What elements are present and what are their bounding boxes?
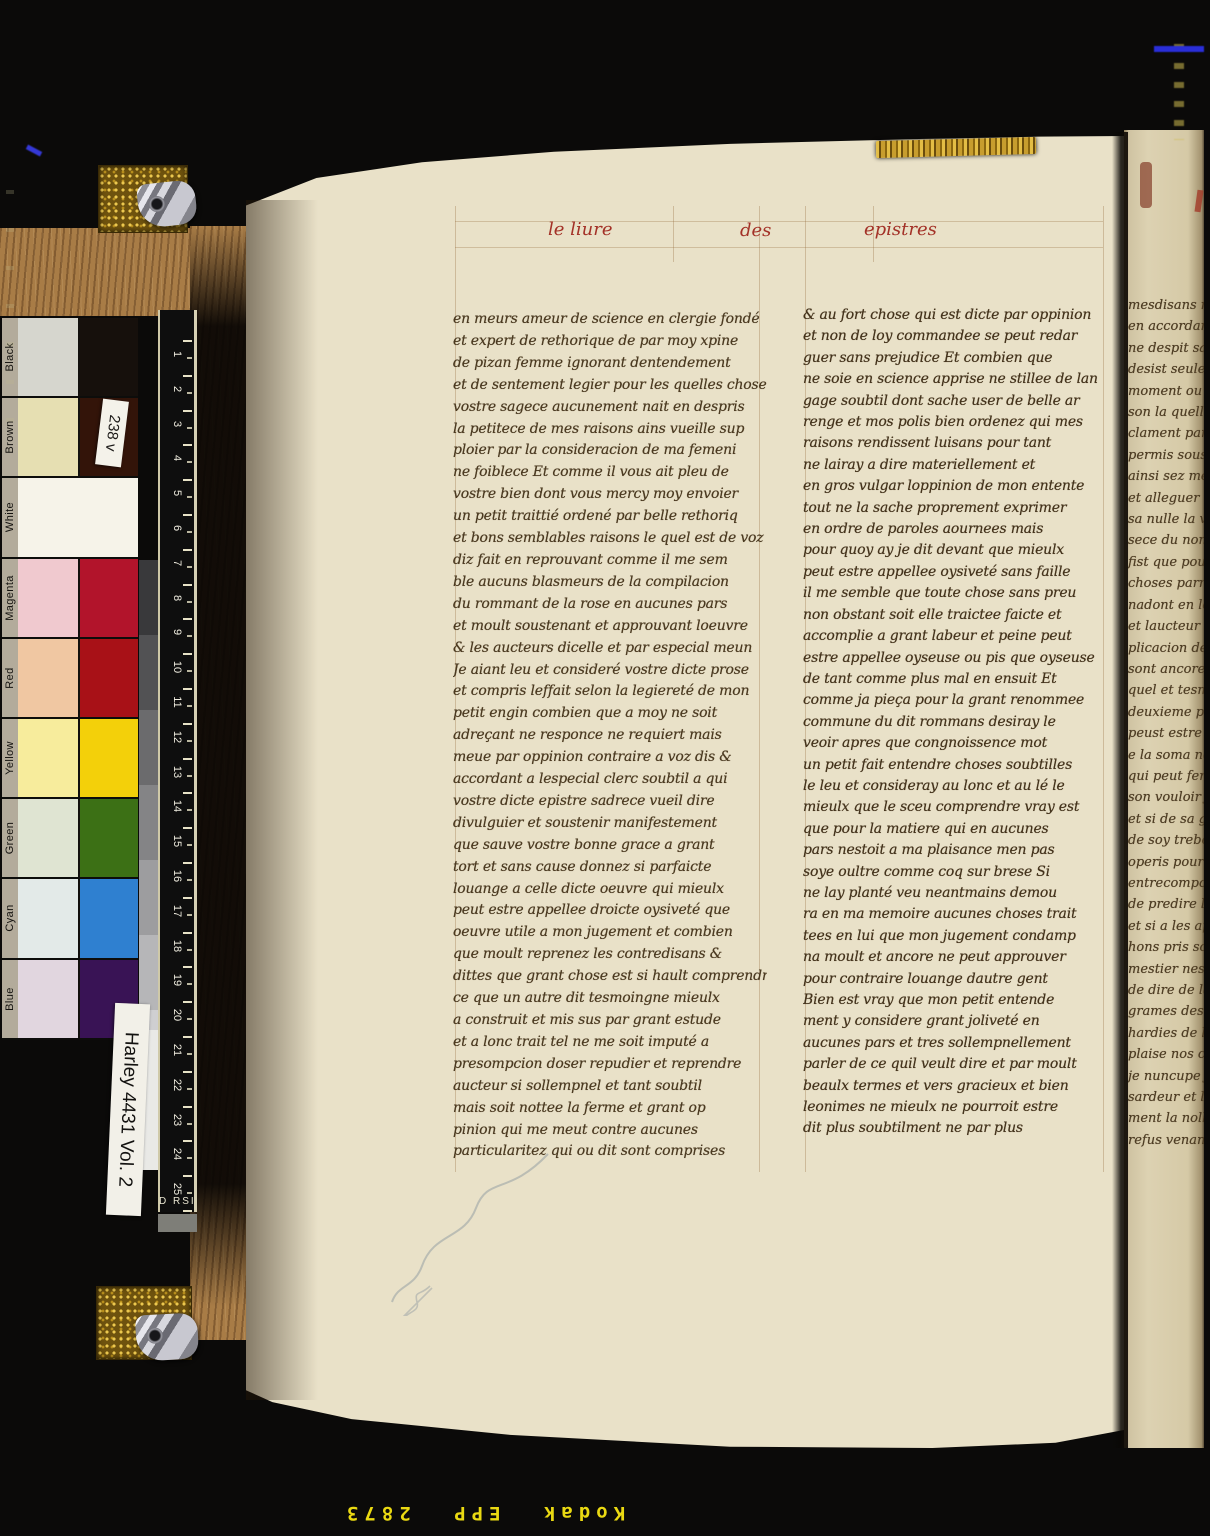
color-chart-row: Cyan — [2, 879, 138, 959]
facing-text-fragment: sont ancore nou — [1128, 659, 1204, 680]
ruler-number: 10 — [171, 659, 183, 675]
manuscript-text-line: et de sentement legier pour les quelles … — [453, 375, 767, 397]
facing-text-fragment: et laucteur les — [1128, 616, 1204, 637]
ruler-number: 14 — [171, 798, 183, 814]
centimeter-ruler: 1234567891011121314151617181920212223242… — [158, 310, 197, 1212]
ruler-tick — [183, 1140, 192, 1142]
film-edge-markings-right — [1174, 44, 1184, 140]
film-edge-markings-left — [6, 190, 14, 426]
facing-text-fragment: son vouloir je — [1128, 787, 1204, 808]
color-patch-pale — [18, 960, 78, 1038]
pen-flourish — [338, 1146, 558, 1316]
ruler-tick — [183, 444, 192, 446]
text-column-left: en meurs ameur de science en clergie fon… — [453, 300, 767, 1181]
color-patch-saturated — [78, 318, 138, 396]
running-header-word: le liure — [548, 219, 613, 240]
facing-text-fragment: permis sousten — [1128, 445, 1204, 466]
facing-text-fragment: nadont en leffa — [1128, 595, 1204, 616]
manuscript-text-line: vostre bien dont vous mercy moy envoier — [453, 484, 767, 506]
color-chart-row: Black — [2, 318, 138, 398]
ruler-tick-minor — [187, 357, 192, 359]
ruler-number: 3 — [171, 416, 183, 432]
color-patch-pale — [18, 719, 78, 797]
color-chart-label: Blue — [2, 960, 18, 1038]
manuscript-text-line: comme ja pieça pour la grant renommee — [803, 690, 1109, 711]
ruler-tick — [183, 932, 192, 934]
facing-text-fragment: desist seulemen — [1128, 359, 1204, 380]
running-header-word: des — [740, 220, 771, 241]
manuscript-text-line: louange a celle dicte oeuvre qui mieulx — [453, 879, 767, 901]
ruler-tick — [183, 1210, 192, 1212]
ruler-tick — [183, 862, 192, 864]
ruler-tick-minor — [187, 1192, 192, 1194]
running-header-word: epistres — [864, 219, 937, 240]
manuscript-text-line: diz fait en reprouvant comme il me sem — [453, 550, 767, 572]
manuscript-text-line: mais soit nottee la ferme et grant op — [453, 1098, 767, 1120]
facing-text-fragment: entrecomposez — [1128, 873, 1204, 894]
color-chart-label: Green — [2, 799, 18, 877]
manuscript-text-line: et compris leffait selon la legiereté de… — [453, 681, 767, 703]
wooden-board-spine — [190, 226, 248, 1340]
manuscript-text-line: presompcion doser repudier et reprendre — [453, 1054, 767, 1076]
manuscript-text-line: na moult et ancore ne peut approuver — [803, 947, 1109, 968]
facing-text-fragment: et si de sa gre — [1128, 809, 1204, 830]
manuscript-text-line: Je aiant leu et consideré vostre dicte p… — [453, 660, 767, 682]
manuscript-text-line: ne lay planté veu neantmains demou — [803, 883, 1109, 904]
manuscript-text-line: pinion qui me meut contre aucunes — [453, 1120, 767, 1142]
ruler-tick — [183, 827, 192, 829]
ruler-tick-minor — [187, 566, 192, 568]
ruler-tick — [183, 966, 192, 968]
manuscript-text-line: que moult reprenez les contredisans & — [453, 944, 767, 966]
ruler-tick-minor — [187, 635, 192, 637]
ruling-line-vertical-short — [673, 206, 674, 262]
ruler-number: 13 — [171, 764, 183, 780]
manuscript-text-line: accomplie a grant labeur et peine peut — [803, 626, 1109, 647]
color-chart-label: White — [2, 478, 18, 556]
facing-text-fragment: e la soma nom — [1128, 745, 1204, 766]
color-patch-saturated — [78, 799, 138, 877]
facing-text-fragment: refus venant les — [1128, 1130, 1204, 1151]
facing-text-fragment: ment la nolle de — [1128, 1108, 1204, 1129]
manuscript-text-line: et non de loy commandee se peut redar — [803, 326, 1109, 347]
manuscript-text-line: en meurs ameur de science en clergie fon… — [453, 309, 767, 331]
manuscript-text-line: gage soubtil dont sache user de belle ar — [803, 391, 1109, 412]
ruler-tick-minor — [187, 1157, 192, 1159]
manuscript-text-line: beaulx termes et vers gracieux et bien — [803, 1076, 1109, 1097]
ruler-tick — [183, 618, 192, 620]
metal-clip-bottom — [135, 1312, 199, 1361]
ruler-tick-minor — [187, 531, 192, 533]
ruler-tick — [183, 723, 192, 725]
manuscript-text-line: aucteur si sollempnel et tant soubtil — [453, 1076, 767, 1098]
manuscript-text-line: non obstant soit elle traictee faicte et — [803, 605, 1109, 626]
ruler-number: 21 — [171, 1042, 183, 1058]
facing-text-fragment: fist que pour ma — [1128, 552, 1204, 573]
manuscript-text-line: ne foiblece Et comme il vous ait pleu de — [453, 462, 767, 484]
film-edge-blue-mark-right — [1154, 46, 1204, 52]
ruler-number: 22 — [171, 1077, 183, 1093]
manuscript-text-line: le leu et consideray au lonc et au lé le — [803, 776, 1109, 797]
facing-text-fragment: clament par — [1128, 423, 1204, 444]
color-patch-pale — [18, 639, 78, 717]
manuscript-text-line: en gros vulgar loppinion de mon entente — [803, 476, 1109, 497]
manuscript-text-line: du rommant de la rose en aucunes pars — [453, 594, 767, 616]
manuscript-text-line: ne lairay a dire materiellement et — [803, 455, 1109, 476]
ruler-number: 15 — [171, 833, 183, 849]
manuscript-text-line: que sauve vostre bonne grace a grant — [453, 835, 767, 857]
gutter-shadow — [246, 200, 318, 1400]
manuscript-text-line: leonimes ne mieulx ne pourroit estre — [803, 1097, 1109, 1118]
ruler-tick-minor — [187, 949, 192, 951]
ruling-line-horizontal — [455, 247, 1103, 248]
ruler-tick-minor — [187, 1053, 192, 1055]
ruler-tick — [183, 688, 192, 690]
facing-text-fragment: et alleguer que — [1128, 488, 1204, 509]
ruler-tick-minor — [187, 705, 192, 707]
manuscript-text-line: divulguier et soustenir manifestement — [453, 813, 767, 835]
facing-text-fragment: mestier nest mi — [1128, 959, 1204, 980]
facing-text-fragment: sa nulle la vert — [1128, 509, 1204, 530]
kodak-film-edge-text: Kodak EPP 2873 — [330, 1490, 636, 1524]
ruler-tick — [183, 375, 192, 377]
facing-text-fragment: operis pour lim — [1128, 852, 1204, 873]
manuscript-text-line: guer sans prejudice Et combien que — [803, 348, 1109, 369]
manuscript-text-line: vostre sagece aucunement nait en despris — [453, 397, 767, 419]
facing-text-fragment: de soy trebel le — [1128, 830, 1204, 851]
ruler-tick — [183, 1175, 192, 1177]
manuscript-text-line: de tant comme plus mal en ensuit Et — [803, 669, 1109, 690]
manuscript-text-line: Bien est vray que mon petit entende — [803, 990, 1109, 1011]
ruler-number: 6 — [171, 520, 183, 536]
facing-text-fragment: ainsi sez mesfai — [1128, 466, 1204, 487]
ruler-number: 17 — [171, 903, 183, 919]
color-chart-label: Cyan — [2, 879, 18, 957]
manuscript-text-line: ploier par la consideracion de ma femeni — [453, 440, 767, 462]
facing-text-fragment: de dire de la g — [1128, 980, 1204, 1001]
manuscript-text-line: pour quoy ay je dit devant que mieulx — [803, 540, 1109, 561]
ruler-number: 23 — [171, 1112, 183, 1128]
ruler-tick — [183, 792, 192, 794]
facing-text-fragment: ne despit sans fa — [1128, 338, 1204, 359]
facing-text-fragment: grames des dit — [1128, 1001, 1204, 1022]
facing-text-fragment: je nuncupe je di — [1128, 1066, 1204, 1087]
facing-text-fragment: plicacion de pec — [1128, 638, 1204, 659]
manuscript-text-line: ment y considere grant joliveté en — [803, 1011, 1109, 1032]
ruler-tick — [183, 340, 192, 342]
manuscript-text-line: accordant a lespecial clerc soubtil a qu… — [453, 769, 767, 791]
manuscript-text-line: parler de ce quil veult dire et par moul… — [803, 1054, 1109, 1075]
facing-text-fragment: et si a les appel — [1128, 916, 1204, 937]
ruler-number: 12 — [171, 729, 183, 745]
manuscript-text-line: que pour la matiere qui en aucunes — [803, 819, 1109, 840]
ruler-tick — [183, 514, 192, 516]
ruler-tick — [183, 1071, 192, 1073]
ruler-tick — [183, 1036, 192, 1038]
ruler-number: 25 — [171, 1181, 183, 1197]
ruler-tick — [183, 1106, 192, 1108]
color-patch-saturated — [78, 879, 138, 957]
color-patch-pale — [18, 799, 78, 877]
facing-text-fragment: peust estre luci — [1128, 723, 1204, 744]
color-patch-pale — [18, 559, 78, 637]
manuscript-text-line: tees en lui que mon jugement condamp — [803, 926, 1109, 947]
facing-text-fragment: de predire les le — [1128, 894, 1204, 915]
facing-text-fragment: son la quelle vie — [1128, 402, 1204, 423]
ruler-tick-minor — [187, 775, 192, 777]
manuscript-text-line: vostre dicte epistre sadrece vueil dire — [453, 791, 767, 813]
manuscript-text-line: en ordre de paroles aournees mais — [803, 519, 1109, 540]
binding-gap-detail — [1140, 162, 1152, 208]
ruler-number: 1 — [171, 346, 183, 362]
manuscript-text-line: aucunes pars et tres sollempnellement — [803, 1033, 1109, 1054]
photograph-stage: BlackBrownWhiteMagentaRedYellowGreenCyan… — [0, 0, 1210, 1536]
ruler-number: 11 — [171, 694, 183, 710]
manuscript-text-line: ble aucuns blasmeurs de la compilacion — [453, 572, 767, 594]
color-chart-label: Magenta — [2, 559, 18, 637]
color-chart-row: Magenta — [2, 559, 138, 639]
color-chart-label: Red — [2, 639, 18, 717]
facing-page-text-fragments: mesdisans nulsen accordant a lone despit… — [1128, 295, 1204, 1153]
ruler-tick-minor — [187, 427, 192, 429]
ruler-tick-minor — [187, 983, 192, 985]
ruler-number: 5 — [171, 485, 183, 501]
ruler-number: 19 — [171, 972, 183, 988]
ruler-tick — [183, 410, 192, 412]
manuscript-text-line: pour contraire louange dautre gent — [803, 969, 1109, 990]
facing-text-fragment: qui peut fere pr — [1128, 766, 1204, 787]
facing-text-fragment: sece du nom et — [1128, 530, 1204, 551]
text-column-right: & au fort chose qui est dicte par oppini… — [803, 294, 1109, 1165]
facing-text-fragment: mesdisans nuls — [1128, 295, 1204, 316]
color-patch-pale — [18, 478, 78, 556]
manuscript-text-line: soye oultre comme coq sur brese Si — [803, 862, 1109, 883]
manuscript-text-line: tout ne la sache proprement exprimer — [803, 498, 1109, 519]
color-patch-saturated — [78, 559, 138, 637]
ruler-tick-minor — [187, 1018, 192, 1020]
color-chart-row: Green — [2, 799, 138, 879]
manuscript-text-line: dit plus soubtilment ne par plus — [803, 1118, 1109, 1139]
manuscript-text-line: tort et sans cause donnez si parfaicte — [453, 857, 767, 879]
color-patch-pale — [18, 318, 78, 396]
facing-text-fragment: en accordant a lo — [1128, 316, 1204, 337]
color-patch-pale — [18, 879, 78, 957]
ruler-tick-minor — [187, 496, 192, 498]
ruler-tick — [183, 653, 192, 655]
ruler-tick — [183, 479, 192, 481]
manuscript-text-line: ra en ma memoire aucunes choses trait — [803, 904, 1109, 925]
color-patch-saturated — [78, 719, 138, 797]
facing-text-fragment: hardies de le do — [1128, 1023, 1204, 1044]
ruler-tick-minor — [187, 1123, 192, 1125]
manuscript-text-line: dittes que grant chose est si hault comp… — [453, 966, 767, 988]
color-patch-pale — [18, 398, 78, 476]
color-patch-saturated — [78, 478, 138, 556]
ruler-number: 7 — [171, 555, 183, 571]
color-chart-row: Red — [2, 639, 138, 719]
facing-text-fragment: choses parre et — [1128, 573, 1204, 594]
manuscript-text-line: il me semble que toute chose sans preu — [803, 583, 1109, 604]
manuscript-text-line: un petit traittié ordené par belle retho… — [453, 506, 767, 528]
manuscript-text-line: estre appellee oyseuse ou pis que oyseus… — [803, 648, 1109, 669]
manuscript-text-line: a construit et mis sus par grant estude — [453, 1010, 767, 1032]
ruler-number: 16 — [171, 868, 183, 884]
manuscript-text-line: oeuvre utile a mon jugement et combien — [453, 922, 767, 944]
ruler-tick-minor — [187, 670, 192, 672]
manuscript-text-line: et expert de rethorique de par moy xpine — [453, 331, 767, 353]
ruler-tick — [183, 758, 192, 760]
color-chart-label: Yellow — [2, 719, 18, 797]
facing-text-fragment: deuxieme par co — [1128, 702, 1204, 723]
ruler-tick-minor — [187, 914, 192, 916]
manuscript-text-line: de pizan femme ignorant dentendement — [453, 353, 767, 375]
ruler-number: 9 — [171, 624, 183, 640]
manuscript-text-line: commune du dit rommans desiray le — [803, 712, 1109, 733]
manuscript-text-line: raisons rendissent luisans pour tant — [803, 433, 1109, 454]
film-edge-blue-mark-left — [26, 145, 42, 157]
facing-text-fragment: quel et tesmoin — [1128, 680, 1204, 701]
facing-text-fragment: hons pris soient — [1128, 937, 1204, 958]
ruler-tick — [183, 549, 192, 551]
manuscript-text-line: et moult soustenant et approuvant loeuvr… — [453, 616, 767, 638]
ruler-number: 20 — [171, 1007, 183, 1023]
manuscript-text-line: et bons semblables raisons le quel est d… — [453, 528, 767, 550]
color-chart-row: Yellow — [2, 719, 138, 799]
ruler-number: 24 — [171, 1146, 183, 1162]
page-gutter-gap — [1112, 132, 1128, 1448]
facing-text-fragment: sardeur et la bo — [1128, 1087, 1204, 1108]
manuscript-text-line: veoir apres que congnoissence mot — [803, 733, 1109, 754]
manuscript-text-line: adreçant ne responce ne requiert mais — [453, 725, 767, 747]
manuscript-text-line: mieulx que le sceu comprendre vray est — [803, 797, 1109, 818]
wooden-board-top — [0, 228, 198, 316]
facing-text-fragment: moment ou perso — [1128, 381, 1204, 402]
ruler-tick-minor — [187, 601, 192, 603]
ruler-footer-text: D RSI — [159, 1196, 196, 1207]
ruler-tick-minor — [187, 844, 192, 846]
ruler-tick-minor — [187, 740, 192, 742]
manuscript-text-line: la petitece de mes raisons ains vueille … — [453, 419, 767, 441]
manuscript-text-line: peut estre appellee droicte oysiveté que — [453, 900, 767, 922]
ruler-number: 8 — [171, 590, 183, 606]
manuscript-text-line: meue par oppinion contraire a voz dis & — [453, 747, 767, 769]
manuscript-text-line: ne soie en science apprise ne stillee de… — [803, 369, 1109, 390]
ruler-tick — [183, 1001, 192, 1003]
manuscript-text-line: renge et mos polis bien ordenez qui mes — [803, 412, 1109, 433]
manuscript-text-line: petit engin combien que a moy ne soit — [453, 703, 767, 725]
ruler-tick-minor — [187, 461, 192, 463]
ruler-tick-minor — [187, 1088, 192, 1090]
ruler-number: 2 — [171, 381, 183, 397]
color-chart-row: White — [2, 478, 138, 558]
ruler-tick-minor — [187, 809, 192, 811]
color-patch-saturated — [78, 639, 138, 717]
ruler-tick-minor — [187, 392, 192, 394]
ruler-number: 18 — [171, 938, 183, 954]
manuscript-text-line: & au fort chose qui est dicte par oppini… — [803, 305, 1109, 326]
ruler-end-cap — [158, 1214, 197, 1232]
manuscript-text-line: pars nestoit a ma plaisance men pas — [803, 840, 1109, 861]
facing-text-fragment: plaise nos chos — [1128, 1044, 1204, 1065]
manuscript-text-line: et a lonc trait tel ne me soit imputé a — [453, 1032, 767, 1054]
ruler-tick-minor — [187, 879, 192, 881]
ruler-tick — [183, 584, 192, 586]
manuscript-text-line: un petit fait entendre choses soubtilles — [803, 755, 1109, 776]
manuscript-text-line: & les aucteurs dicelle et par especial m… — [453, 638, 767, 660]
manuscript-text-line: ce que un autre dit tesmoingne mieulx — [453, 988, 767, 1010]
ruler-number: 4 — [171, 450, 183, 466]
manuscript-text-line: peut estre appellee oysiveté sans faille — [803, 562, 1109, 583]
ruler-tick — [183, 897, 192, 899]
